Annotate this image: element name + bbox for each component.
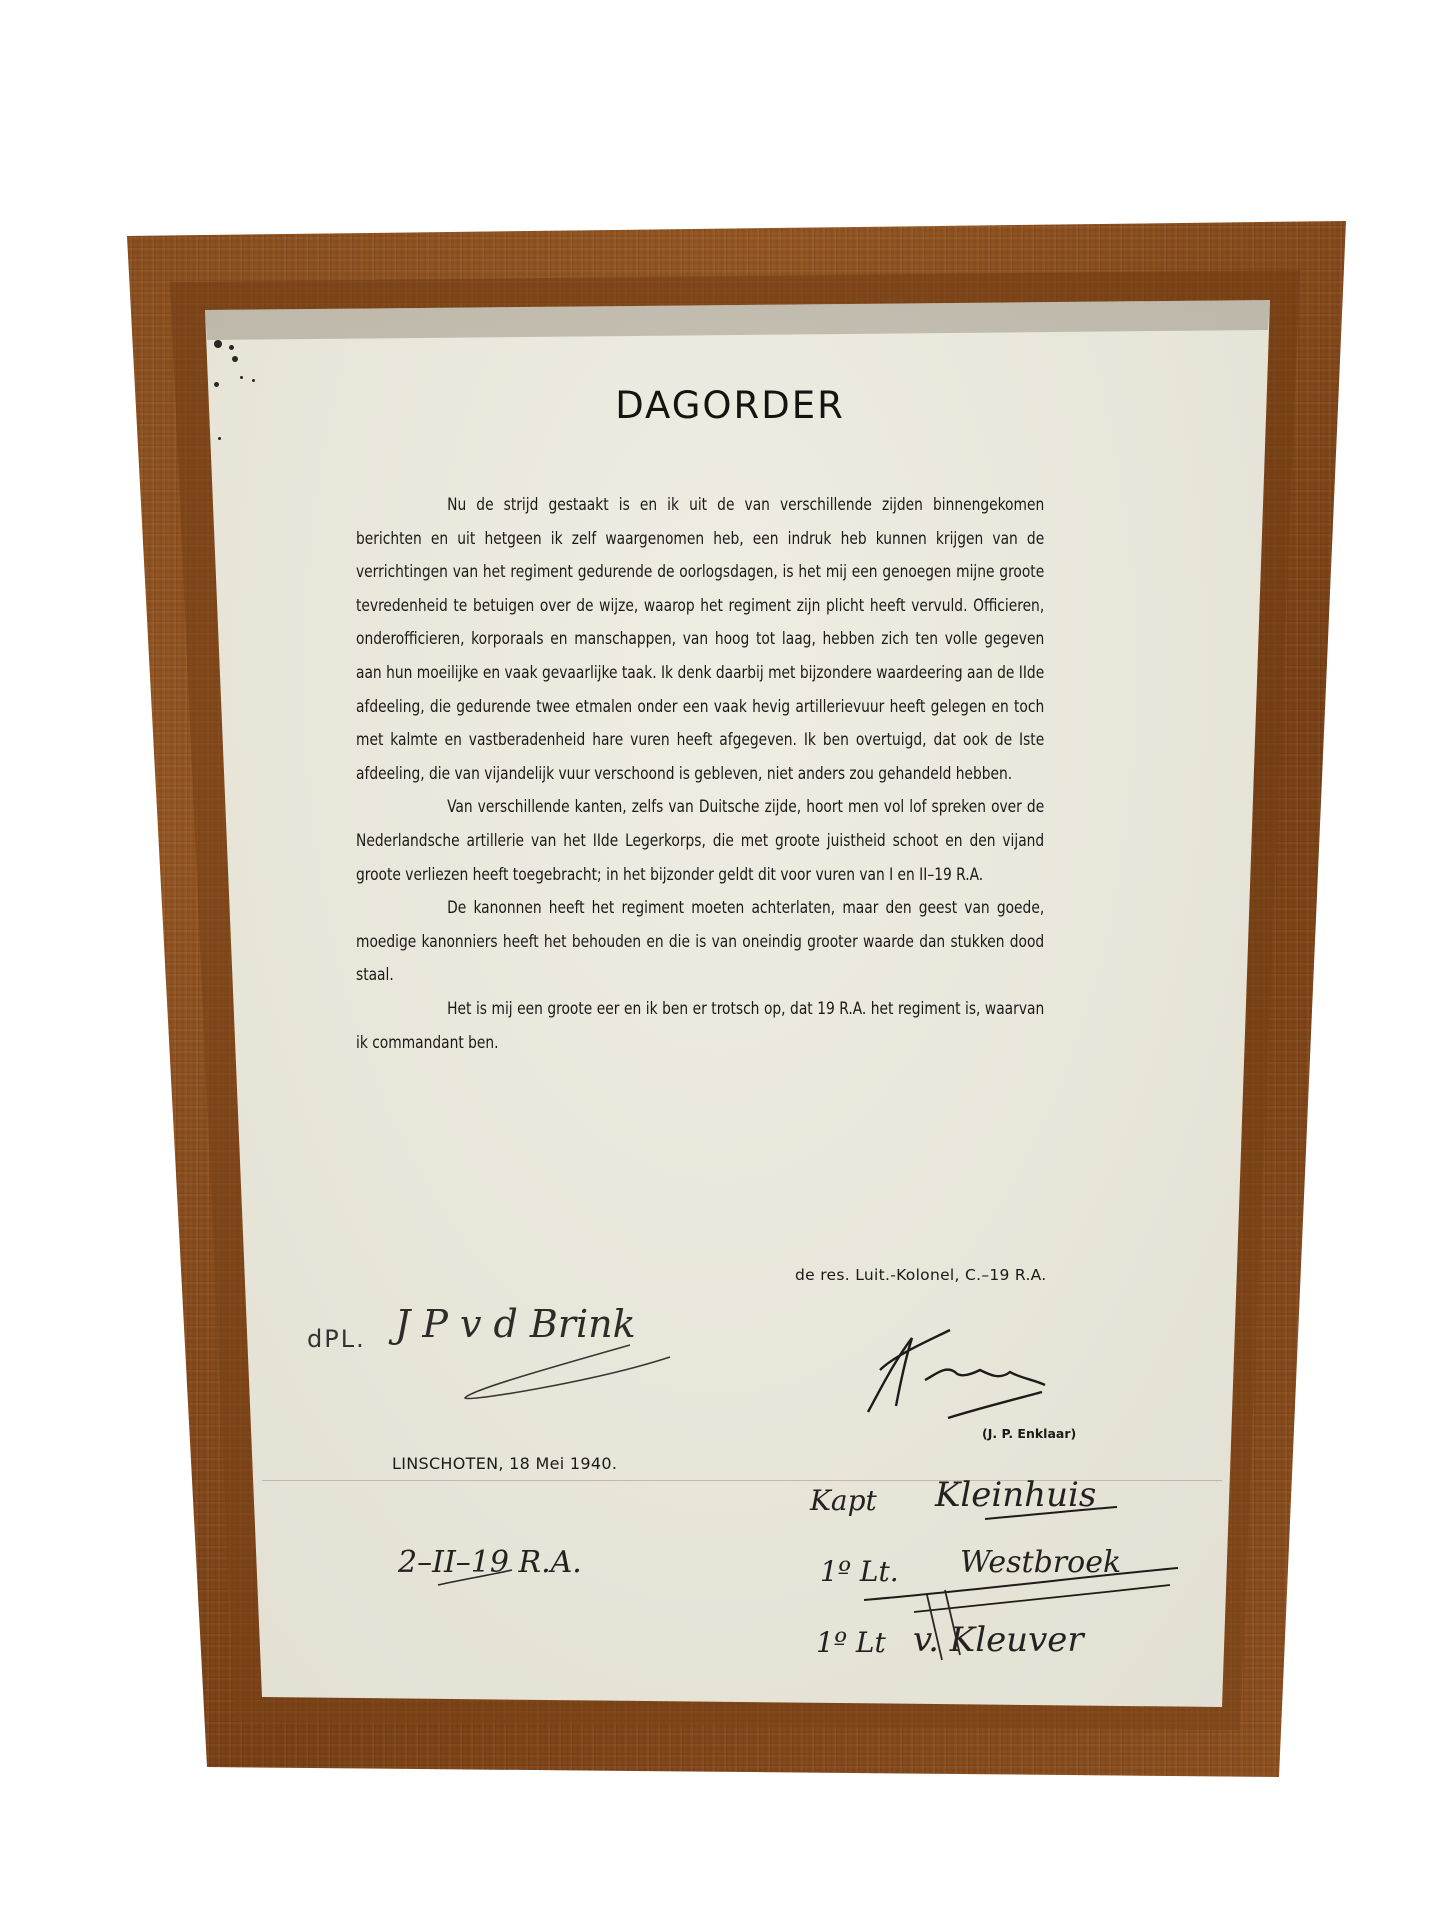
document-title: DAGORDER: [540, 384, 920, 427]
place-and-date: LINSCHOTEN, 18 Mei 1940.: [392, 1454, 617, 1473]
handwritten-prefix: dPL.: [307, 1325, 366, 1353]
commander-signature-strokes: [868, 1330, 1045, 1418]
document-content: DAGORDER Nu de strijd gestaakt is en ik …: [0, 0, 1440, 1920]
typed-name: (J. P. Enklaar): [982, 1426, 1076, 1441]
handwritten-signature-2: Westbroek: [960, 1545, 1121, 1580]
handwritten-signature-1: Kleinhuis: [935, 1475, 1096, 1515]
handwritten-rank-3: 1º Lt: [816, 1626, 886, 1659]
handwritten-rank-1: Kapt: [810, 1484, 877, 1517]
handwritten-unit-note: 2–II–19 R.A.: [398, 1545, 582, 1580]
document-body: Nu de strijd gestaakt is en ik uit de va…: [356, 488, 1044, 1059]
paragraph-3: De kanonnen heeft het regiment moeten ac…: [356, 891, 1044, 992]
handwritten-rank-2: 1º Lt.: [820, 1555, 899, 1588]
handwritten-signature-brink: J P v d Brink: [395, 1302, 636, 1346]
paragraph-2: Van verschillende kanten, zelfs van Duit…: [356, 790, 1044, 891]
paragraph-1: Nu de strijd gestaakt is en ik uit de va…: [356, 488, 1044, 790]
handwritten-signature-3: v. Kleuver: [913, 1620, 1084, 1660]
signoff-rank: de res. Luit.-Kolonel, C.–19 R.A.: [795, 1266, 1047, 1284]
paragraph-4: Het is mij een groote eer en ik ben er t…: [356, 992, 1044, 1059]
